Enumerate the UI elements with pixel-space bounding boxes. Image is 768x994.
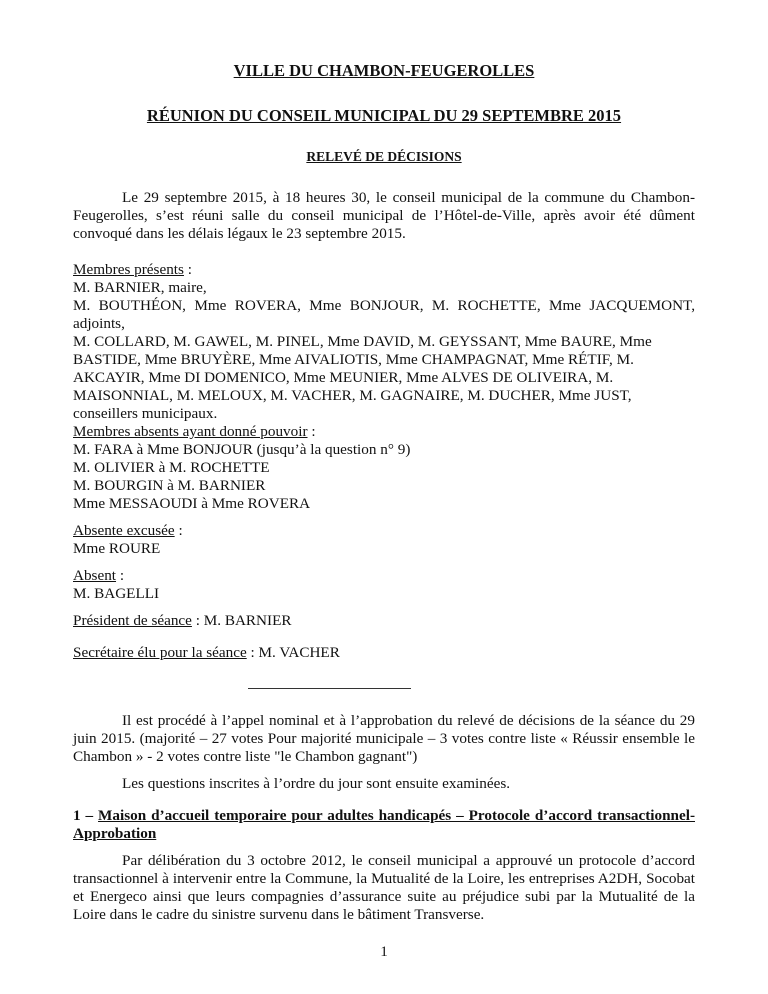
page-number: 1 xyxy=(73,943,695,961)
question-title: Maison d’accueil temporaire pour adultes… xyxy=(73,807,695,842)
present-label: Membres présents xyxy=(73,261,184,278)
question-number: 1 – xyxy=(73,807,98,824)
present-line: AKCAYIR, Mme DI DOMENICO, Mme MEUNIER, M… xyxy=(73,369,695,387)
excused-label: Absente excusée xyxy=(73,522,175,539)
present-line: MAISONNIAL, M. MELOUX, M. VACHER, M. GAG… xyxy=(73,387,695,405)
secretary-label: Secrétaire élu pour la séance xyxy=(73,644,247,661)
proxy-line: M. OLIVIER à M. ROCHETTE xyxy=(73,459,695,477)
proxy-line: M. FARA à Mme BONJOUR (jusqu’à la questi… xyxy=(73,441,695,459)
present-line: BASTIDE, Mme BRUYÈRE, Mme AIVALIOTIS, Mm… xyxy=(73,351,695,369)
present-members-section: Membres présents : M. BARNIER, maire, M.… xyxy=(73,261,695,423)
question-1-body: Par délibération du 3 octobre 2012, le c… xyxy=(73,852,695,924)
president-value: : M. BARNIER xyxy=(192,612,292,629)
secretary-value: : M. VACHER xyxy=(247,644,340,661)
decisions-subtitle: RELEVÉ DE DÉCISIONS xyxy=(73,148,695,166)
city-title: VILLE DU CHAMBON-FEUGEROLLES xyxy=(73,62,695,80)
excused-name: Mme ROURE xyxy=(73,540,695,558)
president-line: Président de séance : M. BARNIER xyxy=(73,612,695,630)
president-label: Président de séance xyxy=(73,612,192,629)
excused-section: Absente excusée : Mme ROURE xyxy=(73,522,695,558)
proxies-label: Membres absents ayant donné pouvoir xyxy=(73,423,308,440)
approval-paragraph: Il est procédé à l’appel nominal et à l’… xyxy=(73,712,695,766)
present-line: M. COLLARD, M. GAWEL, M. PINEL, Mme DAVI… xyxy=(73,333,695,351)
question-1-heading: 1 – Maison d’accueil temporaire pour adu… xyxy=(73,807,695,843)
proxies-section: Membres absents ayant donné pouvoir : M.… xyxy=(73,423,695,513)
secretary-line: Secrétaire élu pour la séance : M. VACHE… xyxy=(73,644,695,662)
proxy-line: M. BOURGIN à M. BARNIER xyxy=(73,477,695,495)
absent-label: Absent xyxy=(73,567,116,584)
present-line: M. BARNIER, maire, xyxy=(73,279,695,297)
intro-paragraph: Le 29 septembre 2015, à 18 heures 30, le… xyxy=(73,189,695,243)
proxy-line: Mme MESSAOUDI à Mme ROVERA xyxy=(73,495,695,513)
meeting-title: RÉUNION DU CONSEIL MUNICIPAL DU 29 SEPTE… xyxy=(73,107,695,125)
absent-name: M. BAGELLI xyxy=(73,585,695,603)
agenda-note: Les questions inscrites à l’ordre du jou… xyxy=(73,775,695,793)
present-line: conseillers municipaux. xyxy=(73,405,695,423)
separator-line xyxy=(248,688,411,689)
absent-section: Absent : M. BAGELLI xyxy=(73,567,695,603)
present-line: M. BOUTHÉON, Mme ROVERA, Mme BONJOUR, M.… xyxy=(73,297,695,333)
